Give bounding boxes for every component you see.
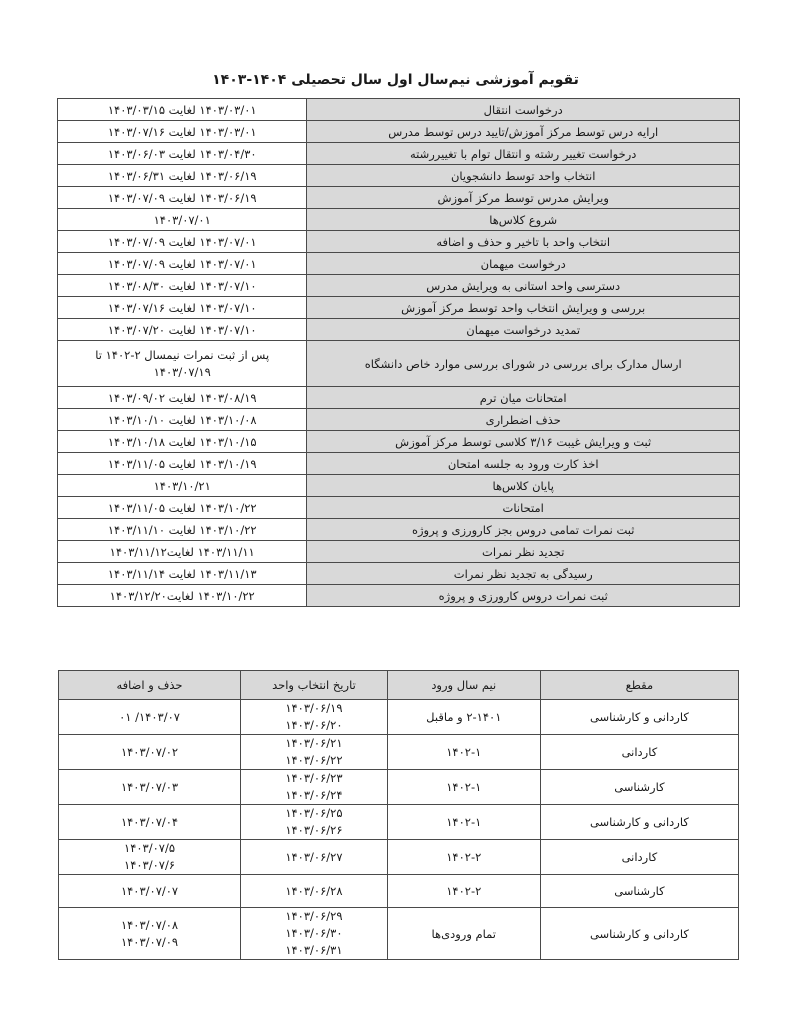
calendar-date: ۱۴۰۳/۱۱/۱۳ لغایت ۱۴۰۳/۱۱/۱۴ [58, 563, 307, 585]
calendar-row: درخواست انتقال۱۴۰۳/۰۳/۰۱ لغایت ۱۴۰۳/۰۳/۱… [58, 99, 740, 121]
page-title: تقویم آموزشی نیم‌سال اول سال تحصیلی ۱۴۰۴… [0, 72, 791, 88]
schedule-entry-semester: ۲-۱۴۰۱ و ماقبل [387, 700, 540, 735]
calendar-date: ۱۴۰۳/۰۳/۰۱ لغایت ۱۴۰۳/۰۷/۱۶ [58, 121, 307, 143]
calendar-activity: امتحانات میان ترم [307, 387, 740, 409]
schedule-selection-date: ۱۴۰۳/۰۶/۲۹۱۴۰۳/۰۶/۳۰۱۴۰۳/۰۶/۳۱ [241, 908, 388, 960]
calendar-row: امتحانات۱۴۰۳/۱۰/۲۲ لغایت ۱۴۰۳/۱۱/۰۵ [58, 497, 740, 519]
schedule-selection-date: ۱۴۰۳/۰۶/۲۵۱۴۰۳/۰۶/۲۶ [241, 805, 388, 840]
calendar-date: ۱۴۰۳/۱۱/۱۱ لغایت۱۴۰۳/۱۱/۱۲ [58, 541, 307, 563]
course-selection-schedule-table: مقطع نیم سال ورود تاریخ انتخاب واحد حذف … [58, 670, 739, 960]
calendar-date: ۱۴۰۳/۰۷/۰۱ [58, 209, 307, 231]
calendar-activity: ارایه درس توسط مرکز آموزش/تایید درس توسط… [307, 121, 740, 143]
calendar-date: ۱۴۰۳/۰۷/۰۱ لغایت ۱۴۰۳/۰۷/۰۹ [58, 231, 307, 253]
calendar-date: ۱۴۰۳/۰۸/۱۹ لغایت ۱۴۰۳/۰۹/۰۲ [58, 387, 307, 409]
schedule-row: کاردانی و کارشناسی۱۴۰۲-۱۱۴۰۳/۰۶/۲۵۱۴۰۳/۰… [59, 805, 739, 840]
schedule-selection-date-line: ۱۴۰۳/۰۶/۲۱ [245, 735, 383, 752]
schedule-entry-semester: ۱۴۰۲-۲ [387, 840, 540, 875]
schedule-level: کاردانی [540, 840, 738, 875]
schedule-selection-date-line: ۱۴۰۳/۰۶/۳۱ [245, 942, 383, 959]
calendar-activity: شروع کلاس‌ها [307, 209, 740, 231]
calendar-activity: ثبت نمرات دروس کارورزی و پروژه [307, 585, 740, 607]
schedule-level: کاردانی و کارشناسی [540, 805, 738, 840]
calendar-activity: درخواست میهمان [307, 253, 740, 275]
schedule-entry-semester: تمام ورودی‌ها [387, 908, 540, 960]
schedule-row: کاردانی۱۴۰۲-۲۱۴۰۳/۰۶/۲۷۱۴۰۳/۰۷/۵۱۴۰۳/۰۷/… [59, 840, 739, 875]
calendar-row: درخواست میهمان۱۴۰۳/۰۷/۰۱ لغایت ۱۴۰۳/۰۷/۰… [58, 253, 740, 275]
academic-calendar-table: درخواست انتقال۱۴۰۳/۰۳/۰۱ لغایت ۱۴۰۳/۰۳/۱… [57, 98, 740, 607]
header-add-drop: حذف و اضافه [59, 671, 241, 700]
calendar-date: ۱۴۰۳/۱۰/۱۵ لغایت ۱۴۰۳/۱۰/۱۸ [58, 431, 307, 453]
calendar-date: پس از ثبت نمرات نیمسال ۲-۱۴۰۲ تا۱۴۰۳/۰۷/… [58, 341, 307, 387]
calendar-row: ثبت نمرات دروس کارورزی و پروژه۱۴۰۳/۱۰/۲۲… [58, 585, 740, 607]
schedule-selection-date-line: ۱۴۰۳/۰۶/۲۶ [245, 822, 383, 839]
schedule-level: کاردانی و کارشناسی [540, 908, 738, 960]
calendar-row: انتخاب واحد با تاخیر و حذف و اضافه۱۴۰۳/۰… [58, 231, 740, 253]
calendar-row: بررسی و ویرایش انتخاب واحد توسط مرکز آمو… [58, 297, 740, 319]
schedule-level: کاردانی و کارشناسی [540, 700, 738, 735]
calendar-activity: ارسال مدارک برای بررسی در شورای بررسی مو… [307, 341, 740, 387]
calendar-date: ۱۴۰۳/۰۳/۰۱ لغایت ۱۴۰۳/۰۳/۱۵ [58, 99, 307, 121]
calendar-activity: تمدید درخواست میهمان [307, 319, 740, 341]
schedule-level: کارشناسی [540, 770, 738, 805]
calendar-row: ارایه درس توسط مرکز آموزش/تایید درس توسط… [58, 121, 740, 143]
schedule-entry-semester: ۱۴۰۲-۱ [387, 770, 540, 805]
schedule-add-drop-line: ۱۴۰۳/۰۷/۰۴ [63, 814, 236, 831]
calendar-row: تجدید نظر نمرات۱۴۰۳/۱۱/۱۱ لغایت۱۴۰۳/۱۱/۱… [58, 541, 740, 563]
schedule-selection-date: ۱۴۰۳/۰۶/۲۳۱۴۰۳/۰۶/۲۴ [241, 770, 388, 805]
calendar-row: امتحانات میان ترم۱۴۰۳/۰۸/۱۹ لغایت ۱۴۰۳/۰… [58, 387, 740, 409]
calendar-date: ۱۴۰۳/۱۰/۲۲ لغایت ۱۴۰۳/۱۱/۰۵ [58, 497, 307, 519]
calendar-date: ۱۴۰۳/۰۷/۱۰ لغایت ۱۴۰۳/۰۷/۱۶ [58, 297, 307, 319]
header-selection-date: تاریخ انتخاب واحد [241, 671, 388, 700]
calendar-activity: ثبت نمرات تمامی دروس بجز کارورزی و پروژه [307, 519, 740, 541]
schedule-add-drop-line: ۱۴۰۳/۰۷/۰۹ [63, 934, 236, 951]
schedule-add-drop-line: ۱۴۰۳/۰۷/ ۰۱ [63, 709, 236, 726]
calendar-row: ویرایش مدرس توسط مرکز آموزش۱۴۰۳/۰۶/۱۹ لغ… [58, 187, 740, 209]
schedule-add-drop-line: ۱۴۰۳/۰۷/۰۸ [63, 917, 236, 934]
calendar-row: درخواست تغییر رشته و انتقال توام با تغیی… [58, 143, 740, 165]
schedule-level: کاردانی [540, 735, 738, 770]
header-level: مقطع [540, 671, 738, 700]
calendar-row: انتخاب واحد توسط دانشجویان۱۴۰۳/۰۶/۱۹ لغا… [58, 165, 740, 187]
calendar-activity: حذف اضطراری [307, 409, 740, 431]
schedule-add-drop: ۱۴۰۳/۰۷/ ۰۱ [59, 700, 241, 735]
schedule-add-drop-line: ۱۴۰۳/۰۷/۰۳ [63, 779, 236, 796]
schedule-selection-date-line: ۱۴۰۳/۰۶/۲۸ [245, 883, 383, 900]
calendar-date: ۱۴۰۳/۰۴/۳۰ لغایت ۱۴۰۳/۰۶/۰۳ [58, 143, 307, 165]
schedule-row: کارشناسی۱۴۰۲-۱۱۴۰۳/۰۶/۲۳۱۴۰۳/۰۶/۲۴۱۴۰۳/۰… [59, 770, 739, 805]
calendar-activity: رسیدگی به تجدید نظر نمرات [307, 563, 740, 585]
schedule-row: کاردانی و کارشناسیتمام ورودی‌ها۱۴۰۳/۰۶/۲… [59, 908, 739, 960]
calendar-date: ۱۴۰۳/۰۷/۱۰ لغایت ۱۴۰۳/۰۷/۲۰ [58, 319, 307, 341]
calendar-date: ۱۴۰۳/۱۰/۱۹ لغایت ۱۴۰۳/۱۱/۰۵ [58, 453, 307, 475]
calendar-date: ۱۴۰۳/۱۰/۲۲ لغایت ۱۴۰۳/۱۱/۱۰ [58, 519, 307, 541]
calendar-row: ثبت نمرات تمامی دروس بجز کارورزی و پروژه… [58, 519, 740, 541]
calendar-row: ارسال مدارک برای بررسی در شورای بررسی مو… [58, 341, 740, 387]
calendar-row: حذف اضطراری۱۴۰۳/۱۰/۰۸ لغایت ۱۴۰۳/۱۰/۱۰ [58, 409, 740, 431]
schedule-add-drop-line: ۱۴۰۳/۰۷/۵ [63, 840, 236, 857]
calendar-activity: ویرایش مدرس توسط مرکز آموزش [307, 187, 740, 209]
calendar-date: ۱۴۰۳/۰۶/۱۹ لغایت ۱۴۰۳/۰۷/۰۹ [58, 187, 307, 209]
schedule-add-drop: ۱۴۰۳/۰۷/۰۴ [59, 805, 241, 840]
schedule-add-drop-line: ۱۴۰۳/۰۷/۶ [63, 857, 236, 874]
schedule-row: کاردانی۱۴۰۲-۱۱۴۰۳/۰۶/۲۱۱۴۰۳/۰۶/۲۲۱۴۰۳/۰۷… [59, 735, 739, 770]
header-entry-semester: نیم سال ورود [387, 671, 540, 700]
schedule-row: کارشناسی۱۴۰۲-۲۱۴۰۳/۰۶/۲۸۱۴۰۳/۰۷/۰۷ [59, 875, 739, 908]
schedule-selection-date-line: ۱۴۰۳/۰۶/۲۵ [245, 805, 383, 822]
calendar-activity: اخذ کارت ورود به جلسه امتحان [307, 453, 740, 475]
schedule-entry-semester: ۱۴۰۲-۱ [387, 805, 540, 840]
schedule-add-drop: ۱۴۰۳/۰۷/۵۱۴۰۳/۰۷/۶ [59, 840, 241, 875]
calendar-activity: امتحانات [307, 497, 740, 519]
schedule-row: کاردانی و کارشناسی۲-۱۴۰۱ و ماقبل۱۴۰۳/۰۶/… [59, 700, 739, 735]
calendar-row: رسیدگی به تجدید نظر نمرات۱۴۰۳/۱۱/۱۳ لغای… [58, 563, 740, 585]
schedule-selection-date-line: ۱۴۰۳/۰۶/۲۰ [245, 717, 383, 734]
schedule-selection-date: ۱۴۰۳/۰۶/۲۷ [241, 840, 388, 875]
schedule-selection-date-line: ۱۴۰۳/۰۶/۲۷ [245, 849, 383, 866]
calendar-activity: بررسی و ویرایش انتخاب واحد توسط مرکز آمو… [307, 297, 740, 319]
calendar-row: ثبت و ویرایش غیبت ۳/۱۶ کلاسی توسط مرکز آ… [58, 431, 740, 453]
calendar-activity: انتخاب واحد با تاخیر و حذف و اضافه [307, 231, 740, 253]
schedule-selection-date-line: ۱۴۰۳/۰۶/۲۴ [245, 787, 383, 804]
schedule-add-drop: ۱۴۰۳/۰۷/۰۳ [59, 770, 241, 805]
calendar-row: دسترسی واحد استانی به ویرایش مدرس۱۴۰۳/۰۷… [58, 275, 740, 297]
calendar-date: ۱۴۰۳/۰۷/۰۱ لغایت ۱۴۰۳/۰۷/۰۹ [58, 253, 307, 275]
schedule-header-row: مقطع نیم سال ورود تاریخ انتخاب واحد حذف … [59, 671, 739, 700]
schedule-selection-date-line: ۱۴۰۳/۰۶/۳۰ [245, 925, 383, 942]
schedule-level: کارشناسی [540, 875, 738, 908]
schedule-add-drop: ۱۴۰۳/۰۷/۰۲ [59, 735, 241, 770]
calendar-activity: درخواست انتقال [307, 99, 740, 121]
schedule-add-drop-line: ۱۴۰۳/۰۷/۰۷ [63, 883, 236, 900]
schedule-entry-semester: ۱۴۰۲-۲ [387, 875, 540, 908]
schedule-selection-date-line: ۱۴۰۳/۰۶/۲۳ [245, 770, 383, 787]
calendar-row: اخذ کارت ورود به جلسه امتحان۱۴۰۳/۱۰/۱۹ ل… [58, 453, 740, 475]
schedule-add-drop-line: ۱۴۰۳/۰۷/۰۲ [63, 744, 236, 761]
calendar-row: تمدید درخواست میهمان۱۴۰۳/۰۷/۱۰ لغایت ۱۴۰… [58, 319, 740, 341]
schedule-selection-date-line: ۱۴۰۳/۰۶/۱۹ [245, 700, 383, 717]
calendar-activity: دسترسی واحد استانی به ویرایش مدرس [307, 275, 740, 297]
calendar-date-line: ۱۴۰۳/۰۷/۱۹ [62, 364, 302, 381]
calendar-date: ۱۴۰۳/۱۰/۲۲ لغایت۱۴۰۳/۱۲/۲۰ [58, 585, 307, 607]
schedule-selection-date-line: ۱۴۰۳/۰۶/۲۲ [245, 752, 383, 769]
calendar-row: پایان کلاس‌ها۱۴۰۳/۱۰/۲۱ [58, 475, 740, 497]
calendar-date: ۱۴۰۳/۰۷/۱۰ لغایت ۱۴۰۳/۰۸/۳۰ [58, 275, 307, 297]
schedule-selection-date-line: ۱۴۰۳/۰۶/۲۹ [245, 908, 383, 925]
calendar-activity: پایان کلاس‌ها [307, 475, 740, 497]
calendar-activity: ثبت و ویرایش غیبت ۳/۱۶ کلاسی توسط مرکز آ… [307, 431, 740, 453]
schedule-selection-date: ۱۴۰۳/۰۶/۱۹۱۴۰۳/۰۶/۲۰ [241, 700, 388, 735]
schedule-entry-semester: ۱۴۰۲-۱ [387, 735, 540, 770]
calendar-activity: تجدید نظر نمرات [307, 541, 740, 563]
calendar-date: ۱۴۰۳/۱۰/۲۱ [58, 475, 307, 497]
schedule-selection-date: ۱۴۰۳/۰۶/۲۱۱۴۰۳/۰۶/۲۲ [241, 735, 388, 770]
calendar-activity: انتخاب واحد توسط دانشجویان [307, 165, 740, 187]
calendar-date-line: پس از ثبت نمرات نیمسال ۲-۱۴۰۲ تا [62, 347, 302, 364]
schedule-add-drop: ۱۴۰۳/۰۷/۰۷ [59, 875, 241, 908]
calendar-row: شروع کلاس‌ها۱۴۰۳/۰۷/۰۱ [58, 209, 740, 231]
calendar-date: ۱۴۰۳/۱۰/۰۸ لغایت ۱۴۰۳/۱۰/۱۰ [58, 409, 307, 431]
calendar-activity: درخواست تغییر رشته و انتقال توام با تغیی… [307, 143, 740, 165]
schedule-add-drop: ۱۴۰۳/۰۷/۰۸۱۴۰۳/۰۷/۰۹ [59, 908, 241, 960]
schedule-selection-date: ۱۴۰۳/۰۶/۲۸ [241, 875, 388, 908]
calendar-date: ۱۴۰۳/۰۶/۱۹ لغایت ۱۴۰۳/۰۶/۳۱ [58, 165, 307, 187]
